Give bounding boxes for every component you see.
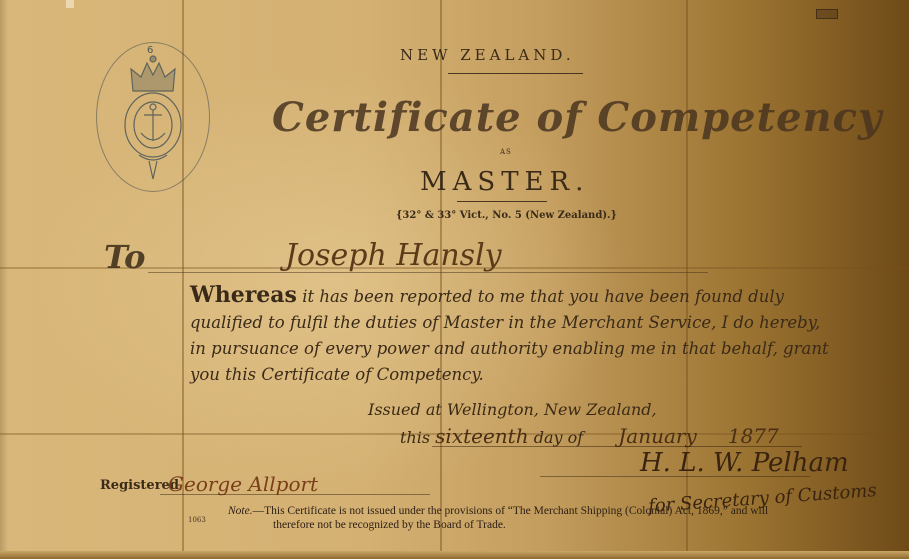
note-lead: Note. — [228, 505, 253, 517]
note-line-1: —This Certificate is not issued under th… — [253, 505, 769, 517]
paper-edge-left — [0, 0, 8, 559]
corner-stamp — [816, 9, 838, 19]
divider — [448, 73, 583, 74]
fold-line-vertical — [440, 0, 442, 559]
issued-day: sixteenth — [435, 424, 528, 448]
crown-anchor-icon — [97, 43, 209, 191]
signature-line — [540, 476, 810, 477]
issued-place: Issued at Wellington, New Zealand, — [368, 400, 657, 419]
day-of-label: day of — [534, 428, 583, 447]
registration-line — [160, 494, 430, 495]
statute-reference: {32° & 33° Vict., No. 5 (New Zealand).} — [396, 210, 617, 221]
certificate-body: Whereas it has been reported to me that … — [190, 282, 830, 388]
certificate-document: 6 NEW ZEALAND. Certificate of Competency… — [0, 0, 909, 559]
footnote: Note.—This Certificate is not issued und… — [228, 504, 828, 532]
form-number: 1063 — [188, 516, 206, 524]
certificate-title: Certificate of Competency — [272, 94, 882, 141]
recipient-name: Joseph Hansly — [285, 238, 502, 273]
marine-department-seal: 6 — [96, 42, 210, 192]
signature: H. L. W. Pelham — [640, 448, 849, 478]
seal-number: 6 — [147, 45, 153, 56]
body-lead-word: Whereas — [190, 282, 297, 308]
date-line — [432, 446, 802, 447]
corner-tab — [66, 0, 74, 8]
to-label: To — [104, 238, 145, 276]
issued-month: January — [618, 424, 697, 448]
registrar-name: George Allport — [168, 472, 318, 496]
issued-year: 1877 — [728, 424, 779, 448]
note-line-2: therefore not be recognized by the Board… — [228, 518, 828, 532]
country-heading: NEW ZEALAND. — [400, 46, 575, 64]
paper-edge-bottom — [0, 551, 909, 559]
this-label: this — [400, 428, 430, 447]
divider — [457, 201, 547, 202]
rank-heading: MASTER. — [420, 167, 589, 197]
as-label: AS — [500, 148, 512, 156]
issued-date: this sixteenth day of January 1877 — [400, 424, 779, 448]
